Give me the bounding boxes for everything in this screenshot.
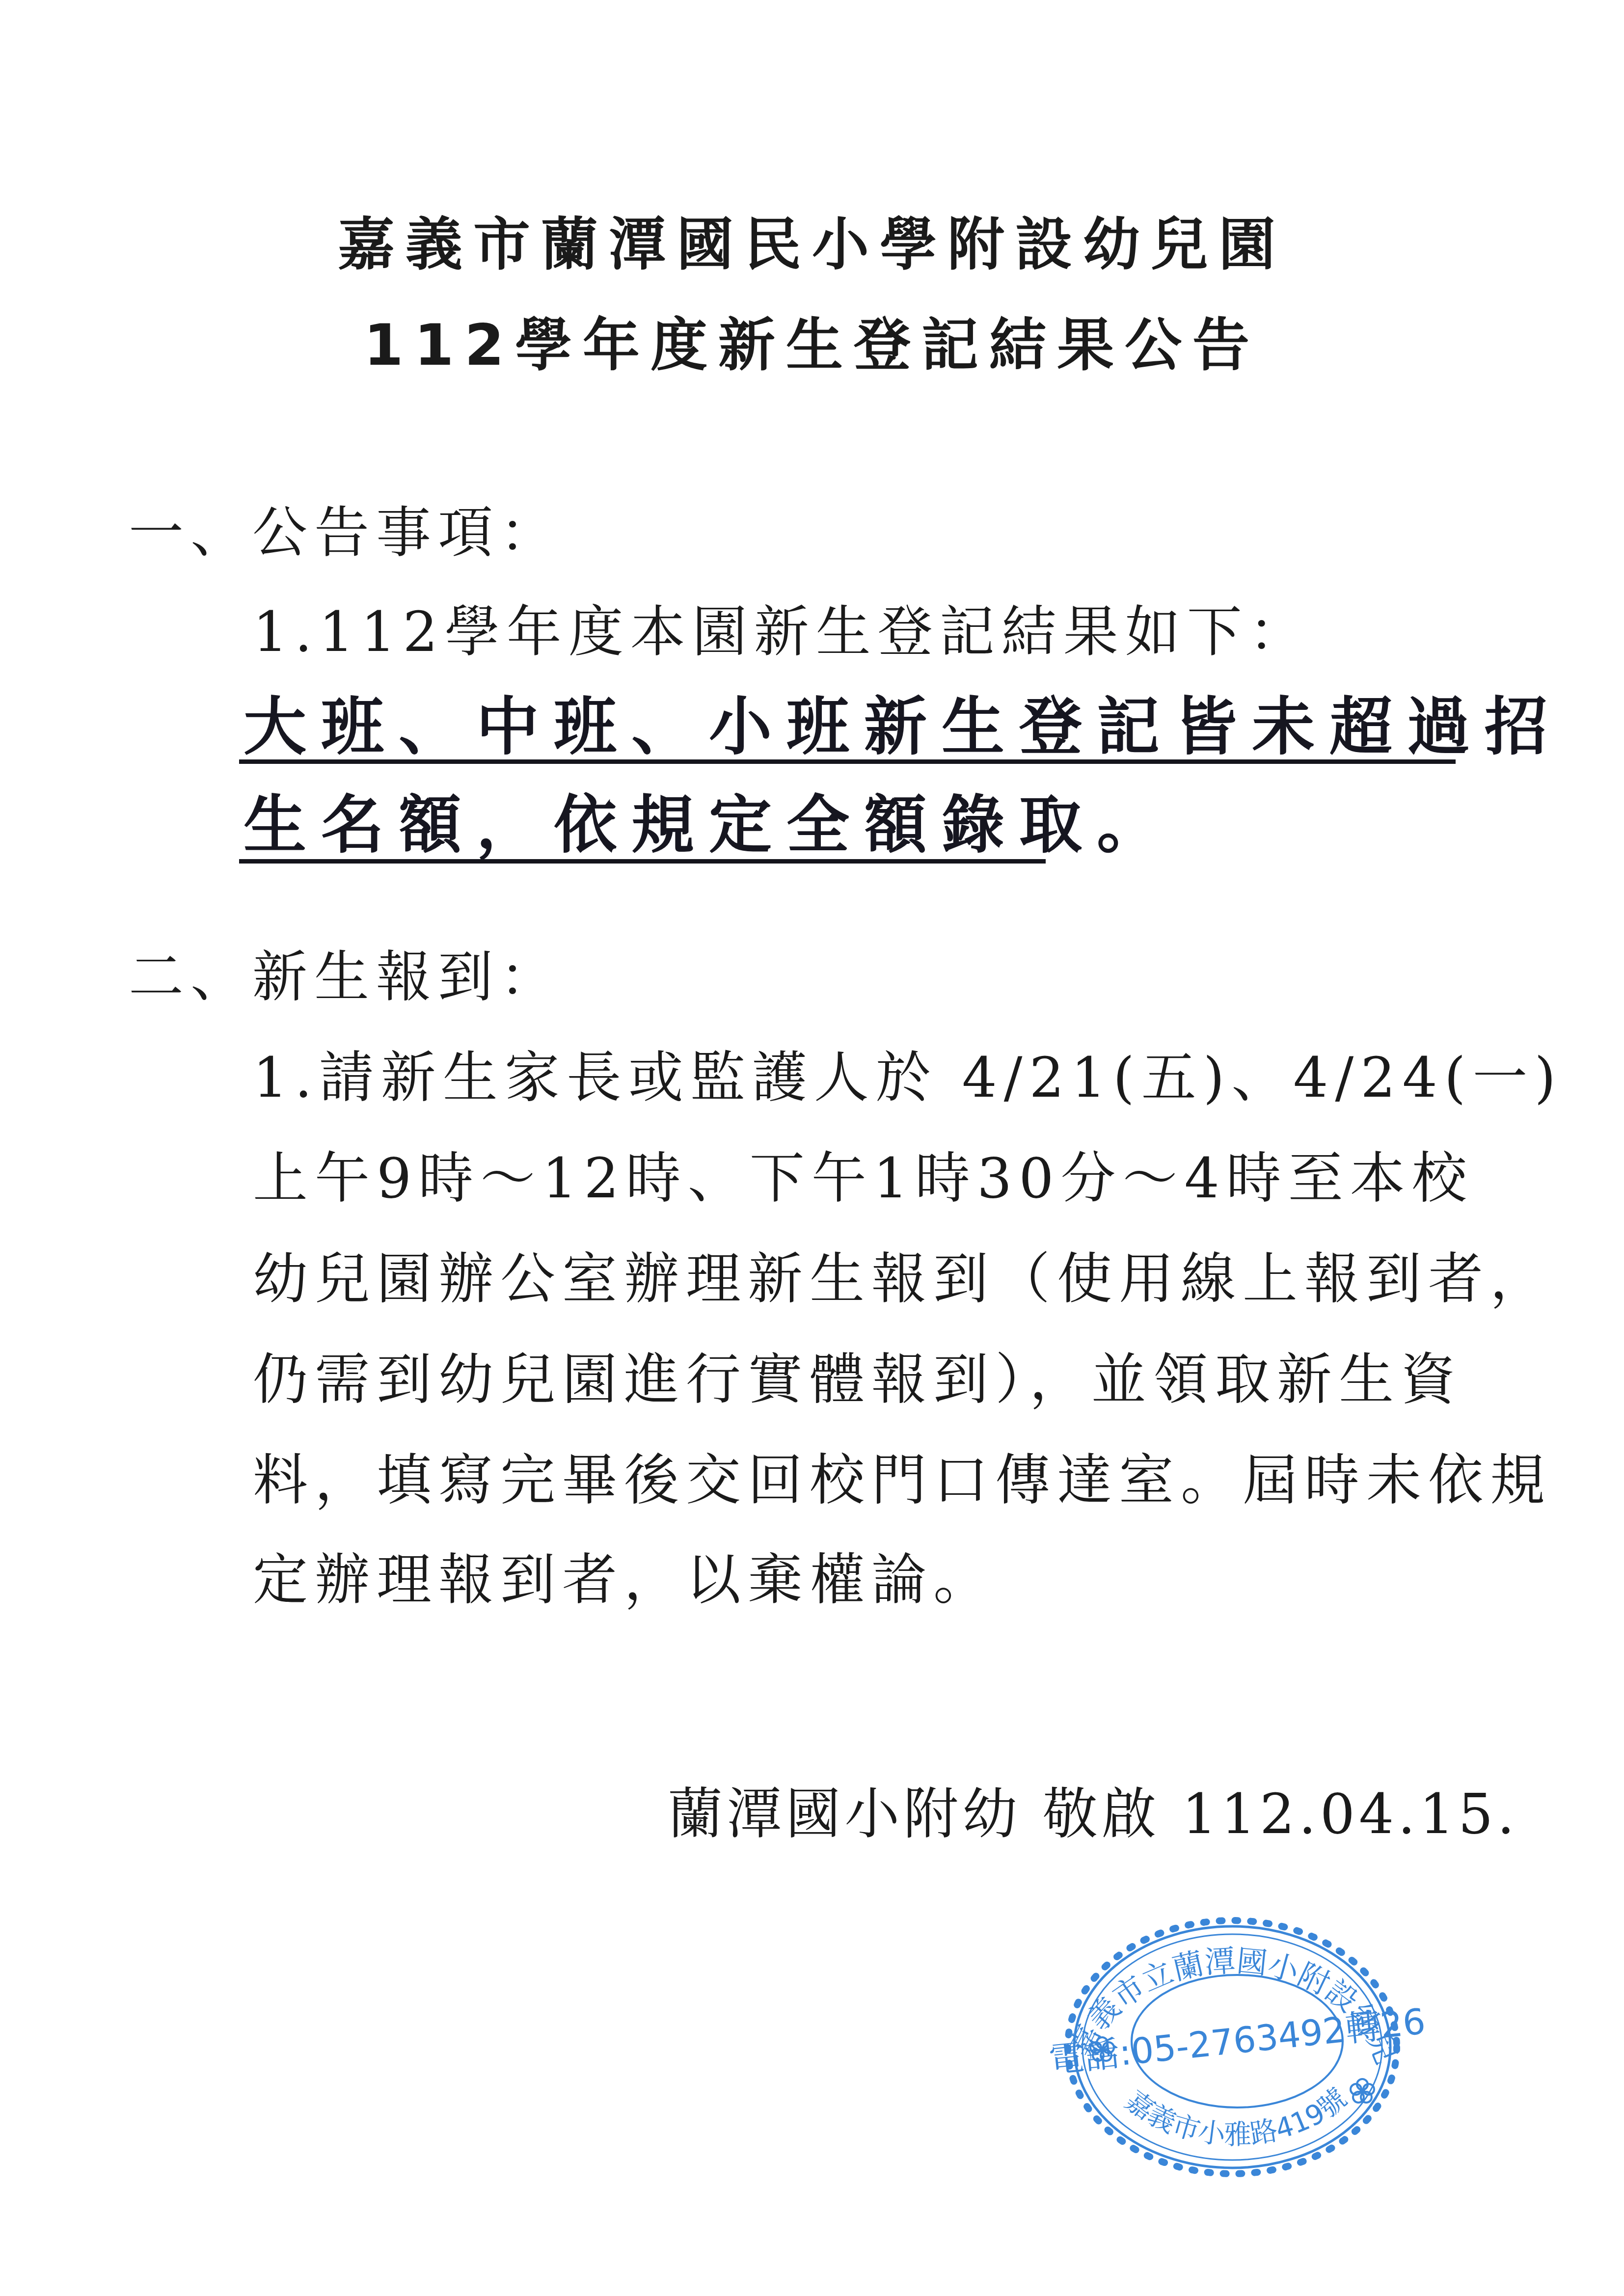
result-underline-2 xyxy=(239,859,1046,864)
section-2-line-2: 上午9時～12時、下午1時30分～4時至本校 xyxy=(253,1151,1474,1206)
title-line-2: 112學年度新生登記結果公告 xyxy=(0,299,1624,381)
section-2-line-1: 1.請新生家長或監護人於 4/21(五)、4/24(一) xyxy=(253,1051,1563,1106)
section-2-line-6: 定辦理報到者，以棄權論。 xyxy=(253,1553,995,1608)
section-2-line-5: 料，填寫完畢後交回校門口傳達室。屆時未依規 xyxy=(253,1453,1552,1508)
result-emphasis-line-2: 生名額，依規定全額錄取。 xyxy=(244,794,1174,857)
section-2-heading: 二、新生報到： xyxy=(129,950,562,1005)
result-underline-1 xyxy=(239,759,1456,764)
stamp-bottom-text: 嘉義市小雅路419號 xyxy=(1119,2082,1353,2151)
section-1-heading: 一、公告事項： xyxy=(129,506,562,561)
section-1-item-1: 1.112學年度本園新生登記結果如下： xyxy=(253,605,1311,660)
section-2-line-4: 仍需到幼兒園進行實體報到），並領取新生資 xyxy=(253,1352,1462,1407)
signature-line: 蘭潭國小附幼 敬啟 112.04.15. xyxy=(668,1787,1518,1842)
official-seal-stamp: 嘉義市立蘭潭國小附設幼兒園 嘉義市小雅路419號 電話:05-2763492轉2… xyxy=(1036,1910,1429,2185)
title-line-1: 嘉義市蘭潭國民小學附設幼兒園 xyxy=(0,199,1624,281)
result-emphasis-line-1: 大班、中班、小班新生登記皆未超過招 xyxy=(244,696,1562,759)
section-2-line-3: 幼兒園辦公室辦理新生報到（使用線上報到者， xyxy=(253,1252,1552,1307)
